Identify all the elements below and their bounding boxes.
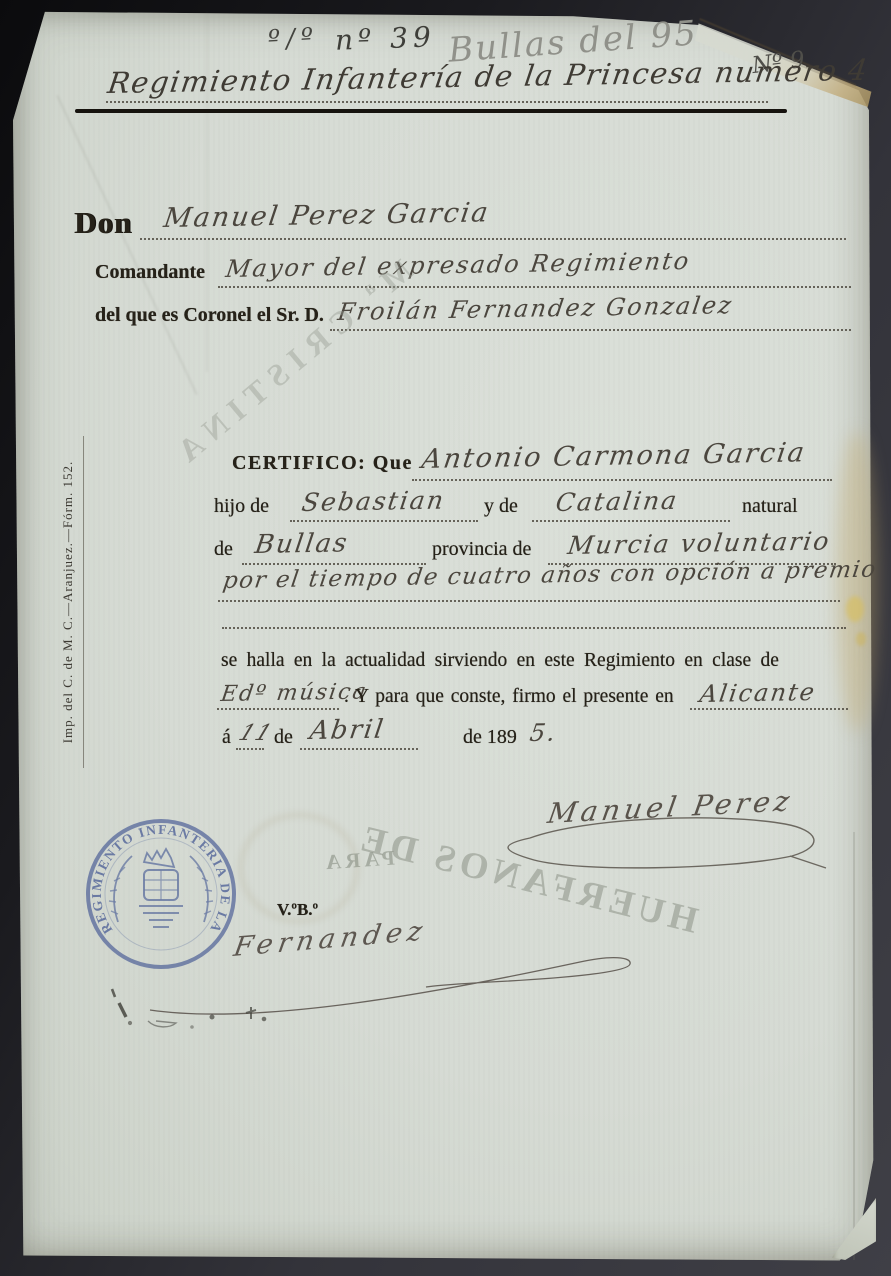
printer-imprint-text: Imp. del C. de M. C.—Aranjuez.—Fórm. 152… (60, 436, 84, 768)
soldier-dotted-line (412, 479, 832, 481)
don-dotted-line (140, 238, 846, 240)
header-dotted-rule (106, 101, 768, 103)
yellow-spot-small (856, 632, 866, 646)
on-label: á (222, 726, 231, 749)
pencil-ref-symbol: º/º (267, 23, 320, 56)
month-handwritten: Abril (308, 715, 387, 746)
of-label-2: de (274, 726, 293, 749)
colonel-dotted-line (330, 329, 851, 331)
month-dotted-line (300, 748, 418, 750)
scanned-certificate-page: { "colors": { "stamp_blue": "#54669a", "… (0, 0, 891, 1276)
closing-line: . Y para que conste, firmo el presente e… (344, 686, 674, 708)
officer-name-handwritten: Manuel Perez Garcia (162, 197, 492, 234)
place-handwritten: Alicante (698, 678, 818, 708)
terms-dotted-line (218, 600, 840, 602)
province-label: provincia de (432, 538, 531, 561)
of-label: de (214, 538, 233, 561)
day-dotted-line (236, 748, 264, 750)
don-label: Don (74, 205, 132, 241)
certify-label: CERTIFICO: Que (232, 452, 413, 475)
year-digit-handwritten: 5. (528, 719, 559, 747)
year-prefix: de 189 (463, 726, 517, 749)
pencil-ref-number: nº 39 (334, 20, 436, 56)
rank-label: Comandante (95, 261, 205, 284)
natural-label: natural (742, 495, 798, 518)
mother-name-handwritten: Catalina (554, 486, 680, 517)
pencil-stray-marks (100, 975, 400, 1045)
serving-line: se halla en la actualidad sirviendo en e… (221, 650, 799, 672)
rank-dotted-line (218, 286, 851, 288)
town-handwritten: Bullas (253, 528, 351, 560)
class-dotted-line (217, 708, 339, 710)
yellow-spot (846, 596, 864, 622)
mother-dotted-line (532, 520, 730, 522)
father-name-handwritten: Sebastian (300, 486, 447, 517)
father-dotted-line (290, 520, 478, 522)
son-of-label: hijo de (214, 495, 269, 518)
and-of-label: y de (484, 495, 518, 518)
pencil-ref-mark: º/º (267, 23, 320, 56)
header-heavy-rule (75, 109, 787, 113)
printer-imprint: Imp. del C. de M. C.—Aranjuez.—Fórm. 152… (60, 768, 392, 792)
right-crease (853, 832, 855, 1260)
place-dotted-line (690, 708, 848, 710)
approval-label: V.ºB.º (277, 900, 318, 920)
colonel-label: del que es Coronel el Sr. D. (95, 304, 324, 327)
province-handwritten: Murcia voluntario (566, 526, 833, 560)
empty-dotted-line (222, 627, 846, 629)
